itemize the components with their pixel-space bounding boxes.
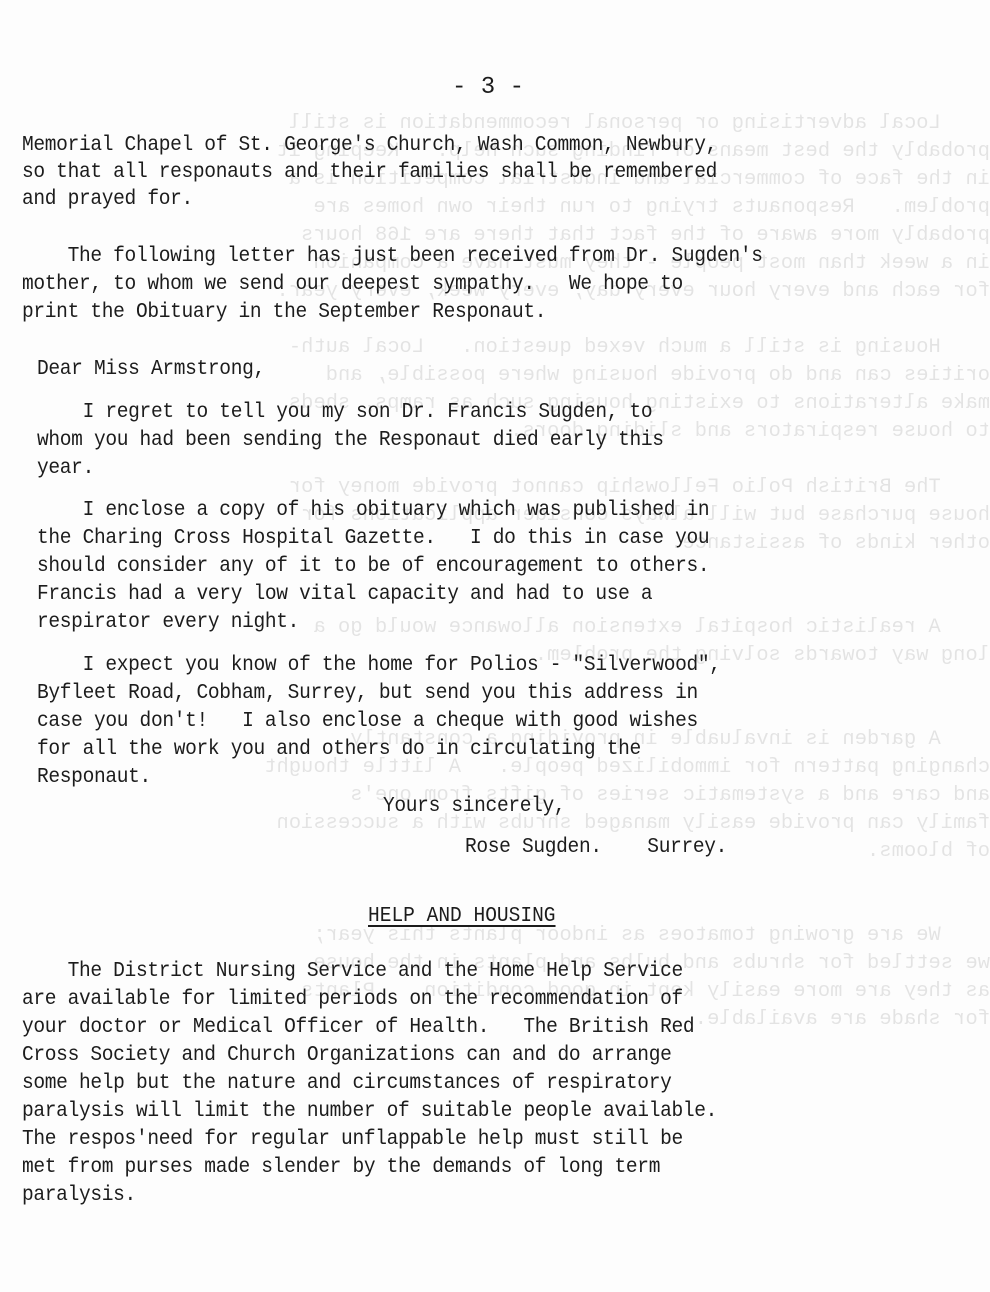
letter-signature: Rose Sugden. Surrey. xyxy=(465,836,727,859)
text-line: paralysis will limit the number of suita… xyxy=(22,1100,717,1123)
text-line: The respos'need for regular unflappable … xyxy=(22,1128,683,1151)
text-line: for all the work you and others do in ci… xyxy=(37,738,641,761)
text-line: Cross Society and Church Organizations c… xyxy=(22,1044,671,1067)
text-line: respirator every night. xyxy=(37,611,299,634)
document-page: Local advertising or personal recommenda… xyxy=(0,0,990,1292)
text-line: whom you had been sending the Responaut … xyxy=(37,429,664,452)
text-line: and prayed for. xyxy=(22,188,193,211)
text-line: Francis had a very low vital capacity an… xyxy=(37,583,652,606)
text-line: The District Nursing Service and the Hom… xyxy=(22,960,683,983)
text-line: Responaut. xyxy=(37,766,151,789)
text-line: some help but the nature and circumstanc… xyxy=(22,1072,671,1095)
text-line: case you don't! I also enclose a cheque … xyxy=(37,710,698,733)
letter-closing: Yours sincerely, xyxy=(383,795,565,818)
text-line: so that all responauts and their familie… xyxy=(22,161,717,184)
text-line: I regret to tell you my son Dr. Francis … xyxy=(37,401,652,424)
text-line: print the Obituary in the September Resp… xyxy=(22,301,546,324)
text-line: the Charing Cross Hospital Gazette. I do… xyxy=(37,527,709,550)
text-line: year. xyxy=(37,457,94,480)
page-number: - 3 - xyxy=(452,74,524,101)
text-line: paralysis. xyxy=(22,1184,136,1207)
text-line: Byfleet Road, Cobham, Surrey, but send y… xyxy=(37,682,698,705)
text-line: are available for limited periods on the… xyxy=(22,988,683,1011)
text-line: I enclose a copy of his obituary which w… xyxy=(37,499,709,522)
text-line: The following letter has just been recei… xyxy=(22,245,763,268)
text-line: your doctor or Medical Officer of Health… xyxy=(22,1016,694,1039)
text-line: Memorial Chapel of St. George's Church, … xyxy=(22,134,717,157)
text-line: mother, to whom we send our deepest symp… xyxy=(22,273,683,296)
text-line: should consider any of it to be of encou… xyxy=(37,555,709,578)
letter-salutation: Dear Miss Armstrong, xyxy=(37,358,265,381)
text-line: met from purses made slender by the dema… xyxy=(22,1156,660,1179)
text-line: I expect you know of the home for Polios… xyxy=(37,654,721,677)
section-heading: HELP AND HOUSING xyxy=(368,905,556,928)
